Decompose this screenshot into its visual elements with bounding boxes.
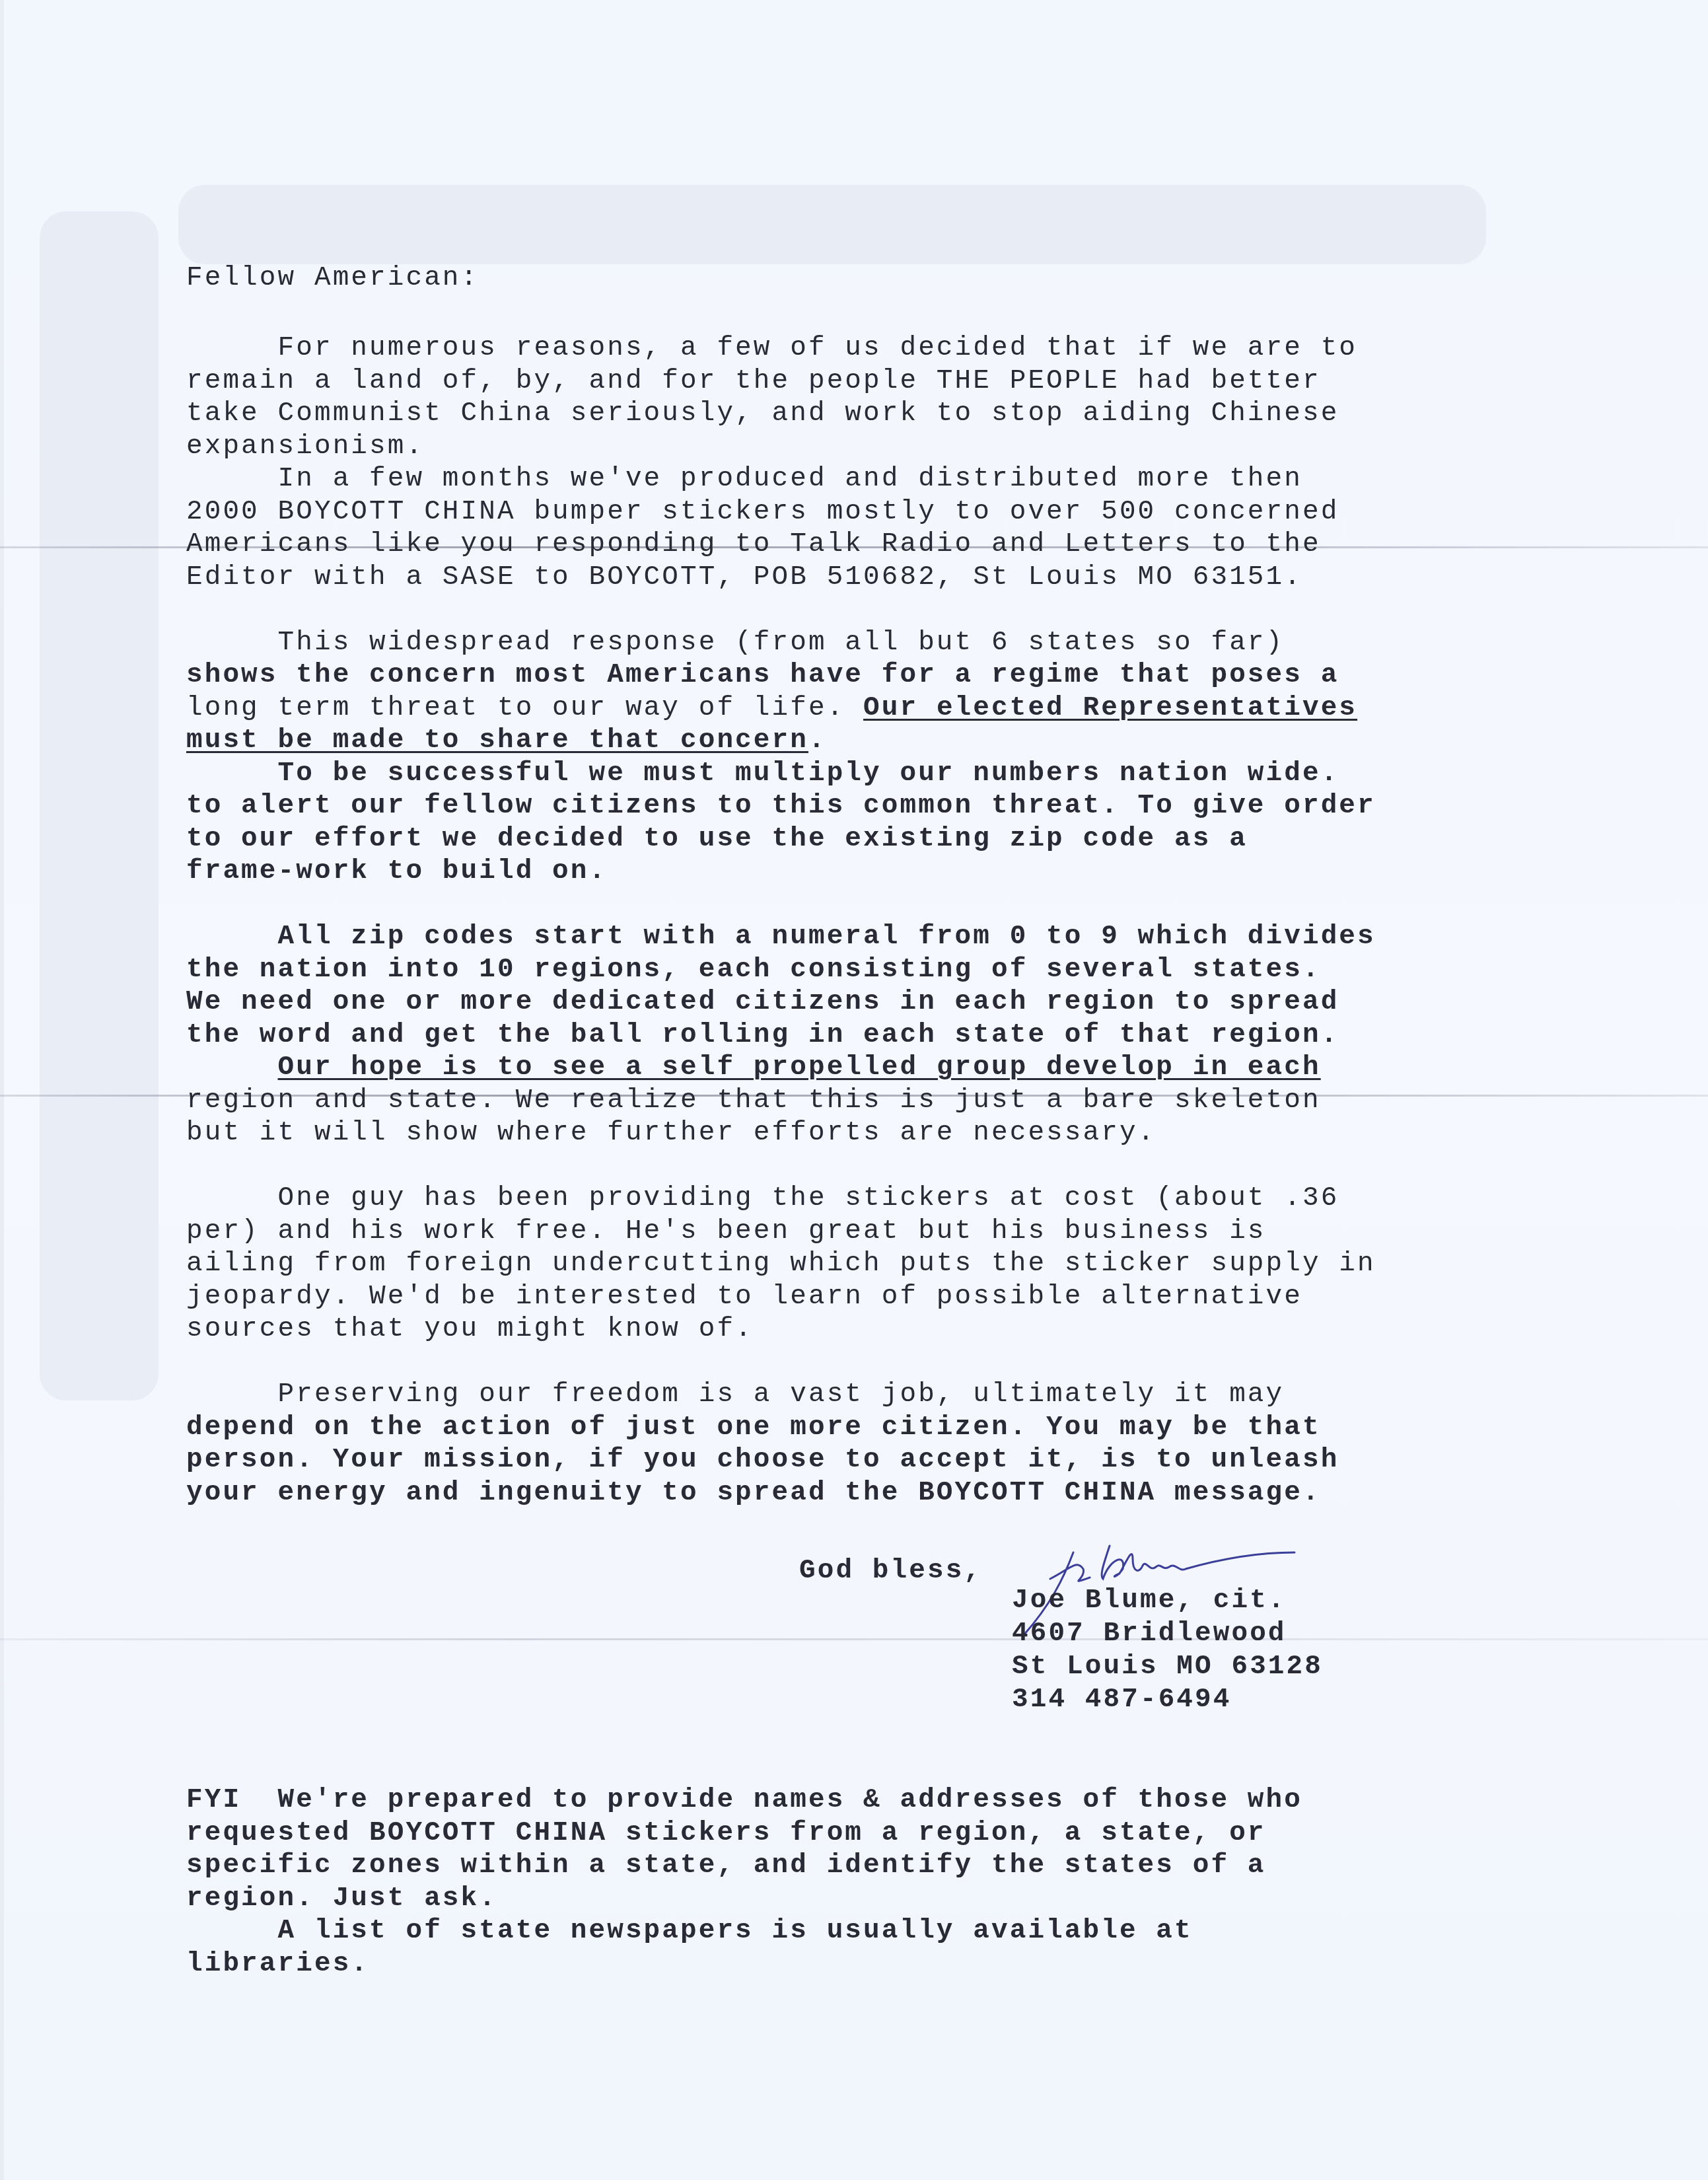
line-text bbox=[186, 1052, 278, 1083]
letter-line: For numerous reasons, a few of us decide… bbox=[186, 332, 1357, 365]
postscript-line: libraries. bbox=[186, 1947, 369, 1980]
line-suffix: . bbox=[808, 725, 827, 756]
letter-line: the nation into 10 regions, each consist… bbox=[186, 953, 1321, 986]
postscript-line: A list of state newspapers is usually av… bbox=[186, 1914, 1193, 1947]
line-text: but it will show where further efforts a… bbox=[186, 1118, 1156, 1148]
letter-line: per) and his work free. He's been great … bbox=[186, 1215, 1266, 1248]
line-text: shows the concern most Americans have fo… bbox=[186, 660, 1339, 690]
line-text: We need one or more dedicated citizens i… bbox=[186, 987, 1339, 1017]
letter-line: Preserving our freedom is a vast job, ul… bbox=[186, 1378, 1284, 1411]
letter-line: Editor with a SASE to BOYCOTT, POB 51068… bbox=[186, 561, 1302, 594]
line-text: Preserving our freedom is a vast job, ul… bbox=[186, 1379, 1284, 1410]
letter-line: To be successful we must multiply our nu… bbox=[186, 757, 1339, 790]
letter-line: frame-work to build on. bbox=[186, 855, 607, 888]
letter-line: All zip codes start with a numeral from … bbox=[186, 920, 1376, 953]
signature-line: Joe Blume, cit. bbox=[1012, 1585, 1287, 1616]
line-text: sources that you might know of. bbox=[186, 1314, 754, 1344]
line-text: long term threat to our way of life. bbox=[186, 693, 863, 723]
letter-line: This widespread response (from all but 6… bbox=[186, 626, 1284, 659]
postscript-line: FYI We're prepared to provide names & ad… bbox=[186, 1784, 1302, 1817]
line-text: Editor with a SASE to BOYCOTT, POB 51068… bbox=[186, 562, 1302, 593]
page-edge bbox=[0, 0, 4, 2180]
line-text: This widespread response (from all but 6… bbox=[186, 628, 1284, 658]
signature-line: 4607 Bridlewood bbox=[1012, 1618, 1287, 1649]
letter-page: Fellow American: For numerous reasons, a… bbox=[0, 0, 1708, 2180]
line-text: per) and his work free. He's been great … bbox=[186, 1216, 1266, 1247]
letter-line: Americans like you responding to Talk Ra… bbox=[186, 528, 1321, 561]
line-text: the word and get the ball rolling in eac… bbox=[186, 1020, 1339, 1050]
underlined-emphasis: must be made to share that concern bbox=[186, 725, 808, 756]
fold-crease bbox=[0, 1638, 1708, 1640]
show-through-ghost bbox=[178, 185, 1486, 264]
letter-line: the word and get the ball rolling in eac… bbox=[186, 1019, 1339, 1052]
line-text: 2000 BOYCOTT CHINA bumper stickers mostl… bbox=[186, 497, 1339, 527]
line-text: For numerous reasons, a few of us decide… bbox=[186, 333, 1357, 363]
letter-line: remain a land of, by, and for the people… bbox=[186, 365, 1321, 398]
show-through-ghost bbox=[40, 211, 159, 1400]
letter-line: your energy and ingenuity to spread the … bbox=[186, 1476, 1321, 1509]
line-text: Americans like you responding to Talk Ra… bbox=[186, 529, 1321, 560]
letter-line: to our effort we decided to use the exis… bbox=[186, 822, 1248, 855]
underlined-emphasis: Our hope is to see a self propelled grou… bbox=[278, 1052, 1321, 1083]
line-text: to alert our fellow citizens to this com… bbox=[186, 791, 1376, 821]
signature-line: St Louis MO 63128 bbox=[1012, 1652, 1323, 1682]
letter-line: sources that you might know of. bbox=[186, 1313, 754, 1346]
letter-line: to alert our fellow citizens to this com… bbox=[186, 789, 1376, 822]
line-text: to our effort we decided to use the exis… bbox=[186, 824, 1248, 854]
line-text: ailing from foreign undercutting which p… bbox=[186, 1249, 1376, 1279]
letter-line: 2000 BOYCOTT CHINA bumper stickers mostl… bbox=[186, 495, 1339, 528]
line-text: your energy and ingenuity to spread the … bbox=[186, 1478, 1321, 1508]
letter-line: must be made to share that concern. bbox=[186, 724, 827, 757]
closing: God bless, bbox=[799, 1556, 982, 1586]
letter-line: take Communist China seriously, and work… bbox=[186, 397, 1339, 430]
line-text: In a few months we've produced and distr… bbox=[186, 464, 1302, 494]
line-text: jeopardy. We'd be interested to learn of… bbox=[186, 1282, 1302, 1312]
line-text: depend on the action of just one more ci… bbox=[186, 1412, 1321, 1443]
letter-line: We need one or more dedicated citizens i… bbox=[186, 986, 1339, 1019]
salutation: Fellow American: bbox=[186, 262, 479, 295]
line-text: To be successful we must multiply our nu… bbox=[186, 758, 1339, 789]
letter-line: region and state. We realize that this i… bbox=[186, 1084, 1321, 1117]
line-text: frame-work to build on. bbox=[186, 856, 607, 887]
line-text: take Communist China seriously, and work… bbox=[186, 398, 1339, 429]
letter-line: expansionism. bbox=[186, 430, 424, 463]
line-text: remain a land of, by, and for the people… bbox=[186, 366, 1321, 396]
letter-line: long term threat to our way of life. Our… bbox=[186, 692, 1357, 725]
line-text: person. Your mission, if you choose to a… bbox=[186, 1445, 1339, 1475]
letter-line: In a few months we've produced and distr… bbox=[186, 462, 1302, 495]
line-text: One guy has been providing the stickers … bbox=[186, 1183, 1339, 1214]
letter-line: shows the concern most Americans have fo… bbox=[186, 659, 1339, 692]
postscript-line: requested BOYCOTT CHINA stickers from a … bbox=[186, 1817, 1266, 1850]
signature-line: 314 487-6494 bbox=[1012, 1685, 1231, 1715]
underlined-emphasis: Our elected Representatives bbox=[863, 693, 1357, 723]
line-text: expansionism. bbox=[186, 431, 424, 462]
letter-line: but it will show where further efforts a… bbox=[186, 1116, 1156, 1149]
line-text: All zip codes start with a numeral from … bbox=[186, 922, 1376, 952]
letter-line: person. Your mission, if you choose to a… bbox=[186, 1443, 1339, 1476]
letter-line: jeopardy. We'd be interested to learn of… bbox=[186, 1280, 1302, 1313]
postscript-line: region. Just ask. bbox=[186, 1882, 497, 1915]
letter-line: One guy has been providing the stickers … bbox=[186, 1182, 1339, 1215]
line-text: region and state. We realize that this i… bbox=[186, 1085, 1321, 1116]
letter-line: ailing from foreign undercutting which p… bbox=[186, 1247, 1376, 1280]
letter-line: depend on the action of just one more ci… bbox=[186, 1411, 1321, 1444]
letter-line: Our hope is to see a self propelled grou… bbox=[186, 1051, 1321, 1084]
line-text: the nation into 10 regions, each consist… bbox=[186, 955, 1321, 985]
postscript-line: specific zones within a state, and ident… bbox=[186, 1849, 1266, 1882]
